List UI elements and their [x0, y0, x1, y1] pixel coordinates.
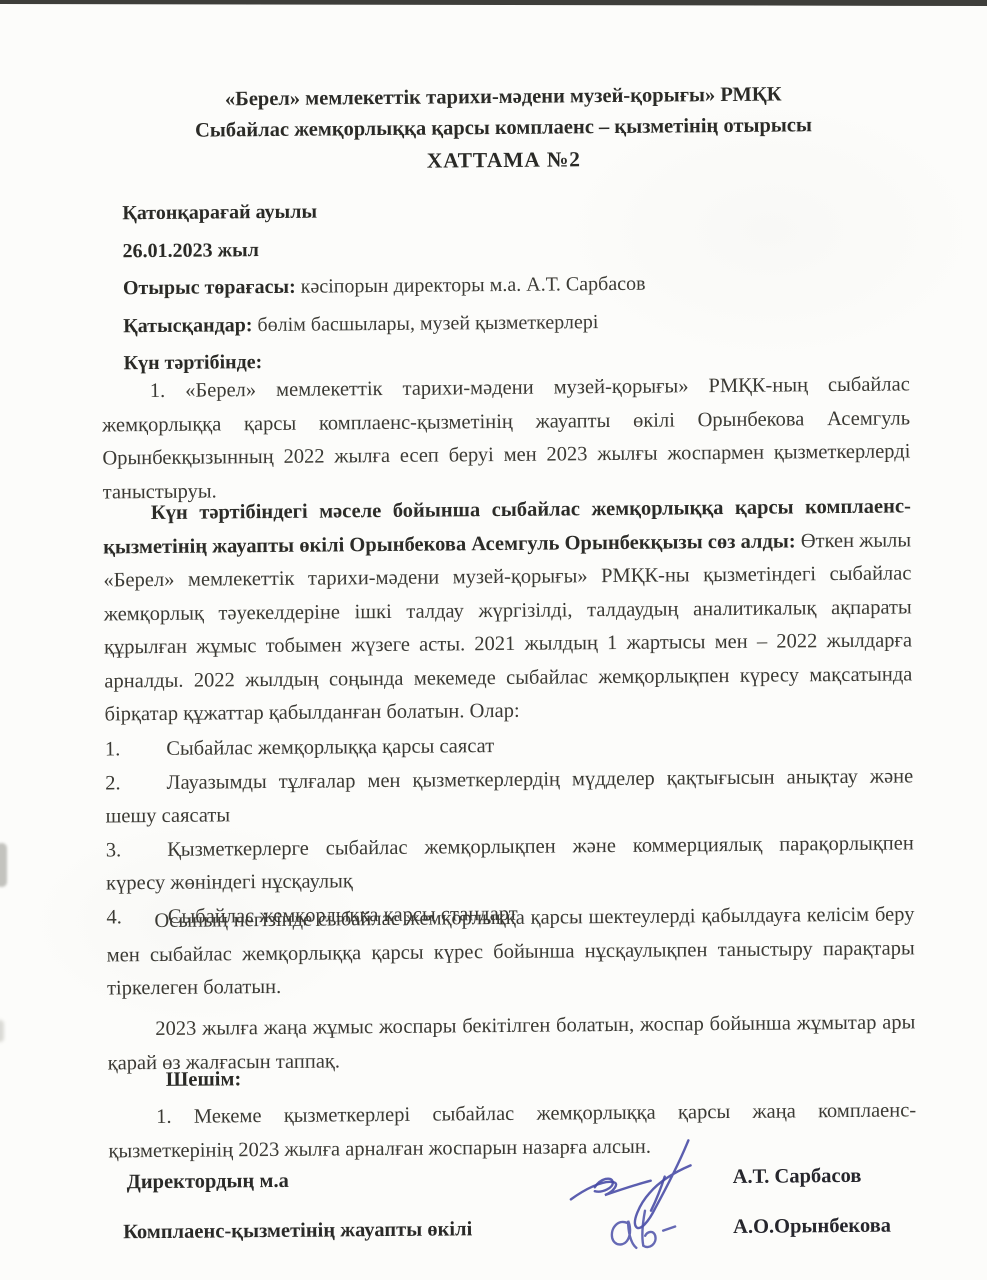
speech-paragraph: Күн тәртібіндегі мәселе бойынша сыбайлас…: [103, 490, 913, 732]
document-sheet: «Берел» мемлекеттік тарихи-мәдени музей-…: [0, 0, 987, 1280]
signature-role: Комплаенс-қызметінің жауапты өкілі: [123, 1218, 472, 1244]
handwritten-initials-icon: [603, 1204, 685, 1261]
list-item: 3.Қызметкерлерге сыбайлас жемқорлықпен ж…: [106, 827, 915, 901]
list-item: 2.Лауазымды тұлғалар мен қызметкерлердің…: [105, 760, 914, 834]
title-line-2: Сыбайлас жемқорлыққа қарсы комплаенс – қ…: [99, 109, 907, 147]
scanned-protocol-page: «Берел» мемлекеттік тарихи-мәдени музей-…: [0, 0, 987, 1280]
document-title: «Берел» мемлекеттік тарихи-мәдени музей-…: [99, 78, 908, 147]
signature-name: А.О.Орынбекова: [733, 1214, 917, 1239]
chairman-label: Отырыс төрағасы:: [123, 276, 296, 300]
speech-body: Өткен жылы «Берел» мемлекеттік тарихи-мә…: [103, 529, 912, 726]
protocol-number: ХАТТАМА №2: [100, 144, 908, 176]
meeting-meta: Қатонқарағай ауылы 26.01.2023 жыл Отырыс…: [122, 188, 910, 382]
agenda-item-paragraph: 1. «Берел» мемлекеттік тарихи-мәдени муз…: [102, 368, 911, 509]
signature-row-director: Директордың м.а А.Т. Сарбасов: [109, 1164, 917, 1194]
list-item-text: Қызметкерлерге сыбайлас жемқорлықпен жән…: [106, 832, 914, 895]
list-item-number: 2.: [105, 772, 121, 794]
basis-paragraph: Осының негізінде сыбайлас жемқорлыққа қа…: [106, 898, 915, 1006]
speech-bold-lead: Күн тәртібіндегі мәселе бойынша сыбайлас…: [103, 495, 911, 558]
list-item-text: Лауазымды тұлғалар мен қызметкерлердің м…: [105, 765, 913, 828]
participants-label: Қатысқандар:: [123, 314, 252, 337]
chairman-value: кәсіпорын директоры м.а. А.Т. Сарбасов: [296, 273, 646, 298]
scan-smudge-left-2: [0, 1020, 4, 1042]
signature-row-compliance: Комплаенс-қызметінің жауапты өкілі А.О.О…: [109, 1214, 917, 1244]
list-item-text: Сыбайлас жемқорлыққа қарсы саясат: [166, 735, 494, 760]
list-item-number: 3.: [106, 839, 122, 861]
decision-item-paragraph: 1. Мекеме қызметкерлері сыбайлас жемқорл…: [108, 1094, 917, 1168]
scan-smudge-left: [0, 843, 7, 887]
list-item-number: 1.: [105, 738, 121, 760]
participants-value: бөлім басшылары, музей қызметкерлері: [252, 311, 598, 336]
signature-role: Директордың м.а: [127, 1170, 289, 1194]
signature-name: А.Т. Сарбасов: [733, 1164, 917, 1189]
